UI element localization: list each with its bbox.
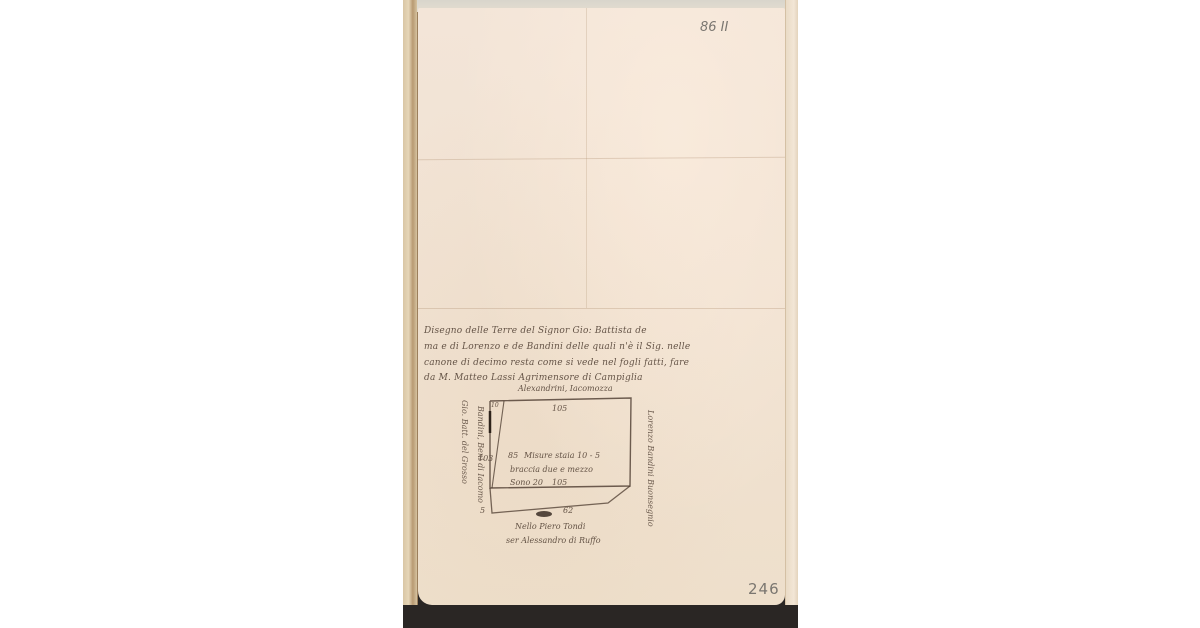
dimension-bottom-inner: 105 [552, 478, 567, 487]
left-outer-label: Gio. Batt. del Grosso [460, 400, 469, 484]
book-binding-edge [403, 0, 418, 612]
dimension-bottom-outer: 62 [563, 506, 573, 515]
bottom-border-label: Nello Piero Tondi [515, 522, 585, 531]
dimension-left-lower: 5 [480, 506, 485, 515]
land-plot-sketch [418, 8, 785, 605]
left-border-label: Bandini, Beni di Iacomo [476, 406, 485, 503]
top-border-label: Alexandrini, Iacomozza [518, 384, 613, 393]
manuscript-page: 86 II Disegno delle Terre del Signor Gio… [418, 8, 785, 605]
scan-background-bottom [403, 605, 798, 628]
area-text: braccia due e mezzo [510, 465, 593, 474]
right-border-label: Lorenzo Bandini Buonsegnio [646, 410, 655, 527]
dimension-top: 105 [552, 404, 567, 413]
page-fore-edge [785, 0, 798, 612]
page-number: 246 [748, 580, 780, 598]
dimension-left-upper: 10 [491, 402, 499, 409]
area-text: Sono 20 [510, 478, 543, 487]
bottom-border-label: ser Alessandro di Ruffo [506, 536, 601, 545]
manuscript-scan: 86 II Disegno delle Terre del Signor Gio… [403, 0, 798, 628]
area-text: Misure staia 10 - 5 [524, 451, 600, 460]
dimension-inner-left: 85 [508, 451, 518, 460]
